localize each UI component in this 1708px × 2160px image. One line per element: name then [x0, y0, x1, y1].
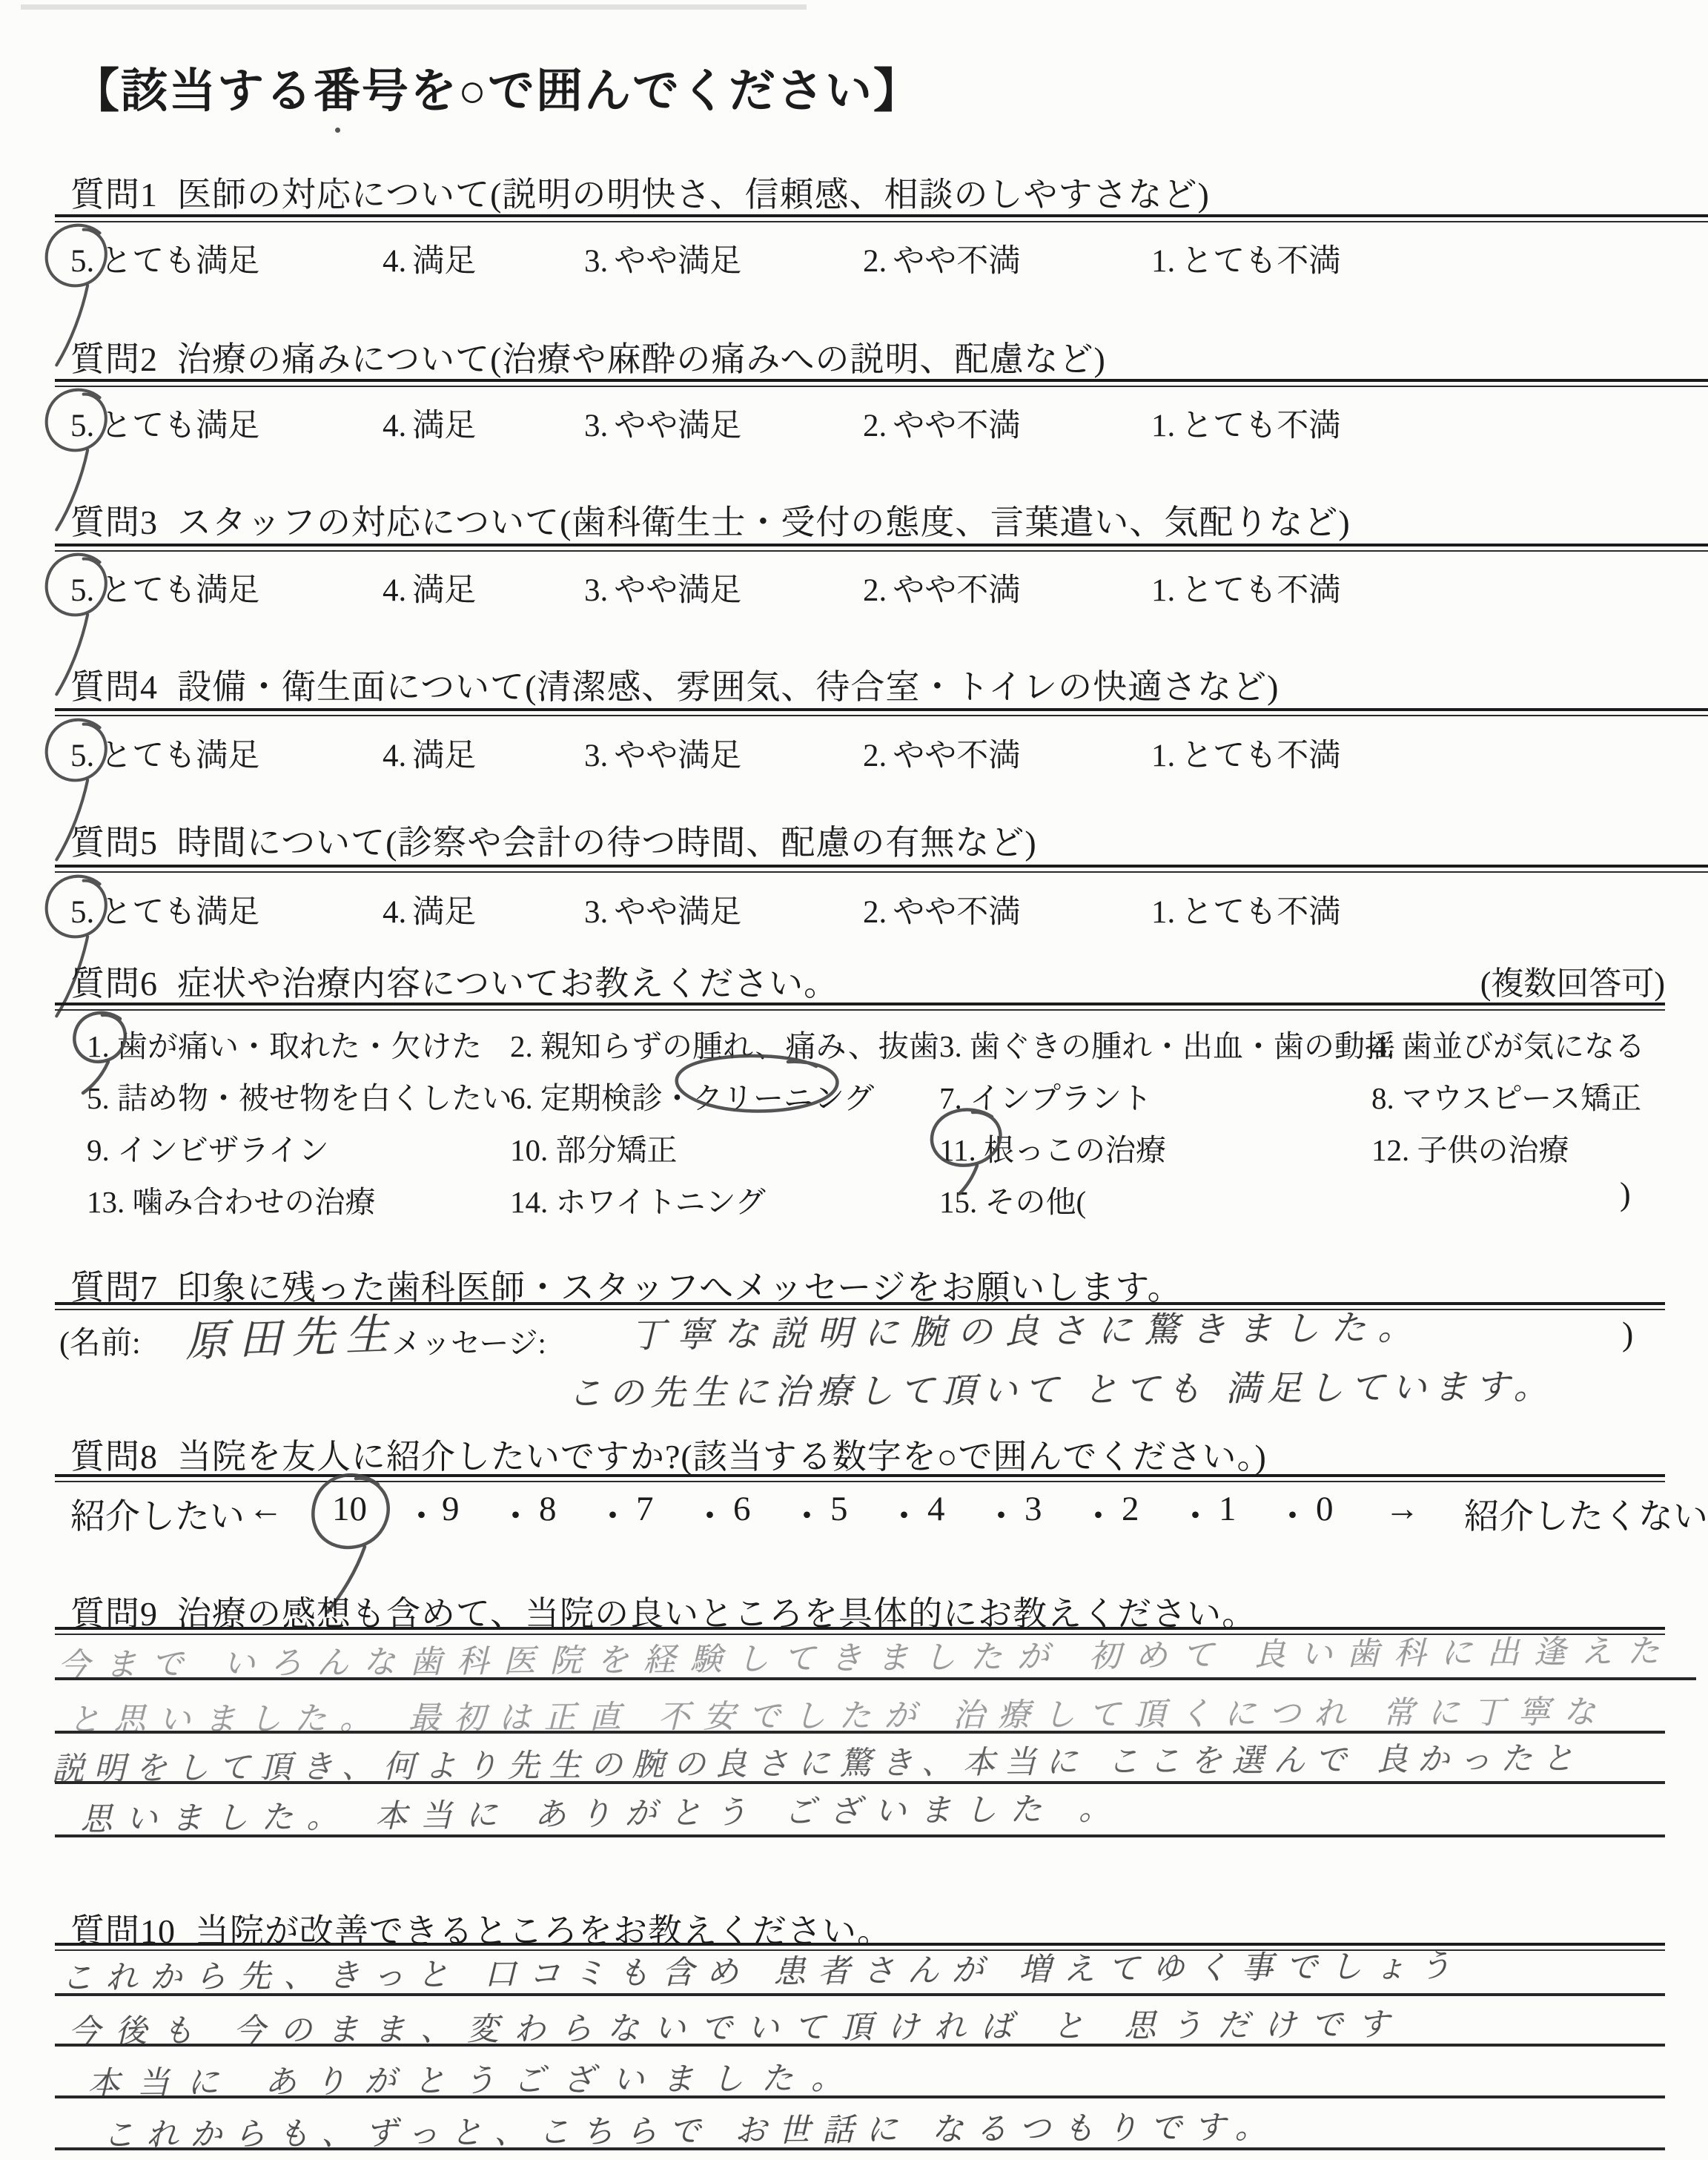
question-3-title: スタッフの対応について(歯科衛生士・受付の態度、言葉遣い、気配りなど): [177, 503, 1351, 541]
q6-item-13[interactable]: 13. 噛み合わせの治療: [87, 1178, 376, 1221]
q8-separator: ・: [887, 1489, 921, 1539]
divider: [55, 1003, 1665, 1011]
q5-option-1[interactable]: 1.とても不満: [1151, 887, 1340, 932]
divider: [55, 708, 1708, 716]
question-5-heading: 質問5時間について(診察や会計の待つ時間、配慮の有無など): [70, 816, 1037, 865]
page-title: 【該当する番号を○で囲んでください】: [73, 53, 921, 121]
q7-close-paren: ): [1622, 1314, 1633, 1353]
question-5-label: 質問5: [70, 824, 158, 862]
q3-option-2[interactable]: 2.やや不満: [863, 565, 1020, 610]
q4-option-3[interactable]: 3.やや満足: [584, 730, 741, 776]
q8-left-arrow: ←: [248, 1489, 283, 1529]
q8-separator: ・: [1178, 1489, 1213, 1539]
question-2-label: 質問2: [70, 340, 158, 378]
q9-answer-line-4[interactable]: 思いました。 本当に ありがとう ございました 。: [80, 1783, 1124, 1840]
q8-number-0[interactable]: 0: [1316, 1489, 1334, 1529]
q1-option-2[interactable]: 2.やや不満: [863, 236, 1020, 281]
q4-option-1[interactable]: 1.とても不満: [1151, 730, 1340, 776]
answer-underline: [55, 2147, 1665, 2150]
q8-separator: ・: [1275, 1489, 1310, 1539]
question-1-title: 医師の対応について(説明の明快さ、信頼感、相談のしやすさなど): [177, 176, 1210, 214]
q2-option-4[interactable]: 4.満足: [383, 400, 476, 446]
q6-item-11[interactable]: 11. 根っこの治療: [939, 1126, 1166, 1169]
question-6-label: 質問6: [70, 965, 158, 1003]
q3-option-3[interactable]: 3.やや満足: [584, 565, 741, 610]
q1-option-5[interactable]: 5.とても満足: [70, 236, 259, 281]
divider: [55, 379, 1708, 387]
q6-item-8[interactable]: 8. マウスピース矯正: [1371, 1074, 1641, 1117]
question-1-heading: 質問1医師の対応について(説明の明快さ、信頼感、相談のしやすさなど): [70, 168, 1210, 217]
question-7-label: 質問7: [70, 1269, 158, 1307]
q5-option-4[interactable]: 4.満足: [383, 887, 476, 932]
divider: [55, 544, 1708, 552]
q2-option-2[interactable]: 2.やや不満: [863, 400, 1020, 446]
q8-left-label: 紹介したい: [70, 1489, 245, 1539]
q6-item-6[interactable]: 6. 定期検診・クリーニング: [510, 1074, 874, 1117]
scan-dot: [335, 128, 340, 133]
q1-option-3[interactable]: 3.やや満足: [584, 236, 741, 281]
q8-number-1[interactable]: 1: [1219, 1489, 1237, 1529]
q8-number-5[interactable]: 5: [830, 1489, 848, 1529]
q3-option-1[interactable]: 1.とても不満: [1151, 565, 1340, 610]
question-5-title: 時間について(診察や会計の待つ時間、配慮の有無など): [177, 824, 1037, 862]
q7-message-line2[interactable]: この先生に治療して頂いて とても 満足しています。: [567, 1359, 1555, 1416]
survey-page: 【該当する番号を○で囲んでください】 質問1医師の対応について(説明の明快さ、信…: [0, 0, 1708, 2160]
q8-number-4[interactable]: 4: [927, 1489, 945, 1529]
question-1-label: 質問1: [70, 176, 158, 214]
q1-option-1[interactable]: 1.とても不満: [1151, 236, 1340, 281]
q5-option-3[interactable]: 3.やや満足: [584, 887, 741, 932]
question-2-title: 治療の痛みについて(治療や麻酔の痛みへの説明、配慮など): [177, 340, 1106, 378]
answer-underline: [55, 1781, 1665, 1784]
question-8-title: 当院を友人に紹介したいですか?(該当する数字を○で囲んでください。): [177, 1438, 1267, 1476]
q8-separator: ・: [404, 1489, 439, 1539]
question-3-label: 質問3: [70, 503, 158, 541]
answer-underline: [55, 2095, 1665, 2098]
divider: [55, 214, 1708, 222]
q8-number-8[interactable]: 8: [539, 1489, 557, 1529]
q6-item-4[interactable]: 4. 歯並びが気になる: [1371, 1022, 1645, 1066]
q8-number-3[interactable]: 3: [1025, 1489, 1042, 1529]
scan-artifact: [21, 4, 807, 10]
q5-option-5[interactable]: 5.とても満足: [70, 887, 259, 932]
q4-option-4[interactable]: 4.満足: [383, 730, 476, 776]
answer-underline: [55, 1834, 1665, 1837]
q8-number-9[interactable]: 9: [442, 1489, 460, 1529]
question-2-options: 5.とても満足 4.満足 3.やや満足 2.やや不満 1.とても不満: [0, 400, 1708, 448]
q8-separator: ・: [498, 1489, 533, 1539]
q4-option-2[interactable]: 2.やや不満: [863, 730, 1020, 776]
question-5-options: 5.とても満足 4.満足 3.やや満足 2.やや不満 1.とても不満: [0, 887, 1708, 934]
q7-name-value[interactable]: 原田先生: [184, 1299, 400, 1369]
q6-other-close-paren: ): [1620, 1175, 1631, 1213]
q8-number-10[interactable]: 10: [332, 1489, 367, 1529]
q1-option-4[interactable]: 4.満足: [383, 236, 476, 281]
q6-item-2[interactable]: 2. 親知らずの腫れ、痛み、抜歯: [510, 1022, 939, 1066]
q6-item-1[interactable]: 1. 歯が痛い・取れた・欠けた: [87, 1022, 482, 1066]
q7-message-label: メッセージ:: [391, 1320, 546, 1362]
question-6-heading: 質問6症状や治療内容についてお教えください。: [70, 957, 838, 1005]
question-2-heading: 質問2治療の痛みについて(治療や麻酔の痛みへの説明、配慮など): [70, 332, 1106, 381]
q6-item-5[interactable]: 5. 詰め物・被せ物を白くしたい: [87, 1074, 512, 1117]
q6-item-10[interactable]: 10. 部分矯正: [510, 1126, 678, 1169]
q2-option-3[interactable]: 3.やや満足: [584, 400, 741, 446]
answer-underline: [55, 1993, 1665, 1996]
question-8-label: 質問8: [70, 1438, 158, 1476]
q8-nps-row: 紹介したい ← 10 ・ 9 ・ 8 ・ 7 ・ 6 ・ 5 ・ 4 ・ 3 ・…: [0, 1489, 1708, 1541]
divider: [55, 1474, 1665, 1482]
q2-option-5[interactable]: 5.とても満足: [70, 400, 259, 446]
q2-option-1[interactable]: 1.とても不満: [1151, 400, 1340, 446]
question-1-options: 5.とても満足 4.満足 3.やや満足 2.やや不満 1.とても不満: [0, 236, 1708, 283]
question-4-heading: 質問4設備・衛生面について(清潔感、雰囲気、待合室・トイレの快適さなど): [70, 660, 1279, 709]
question-6-note: (複数回答可): [1480, 957, 1665, 1004]
question-6-title: 症状や治療内容についてお教えください。: [177, 965, 838, 1003]
q8-number-6[interactable]: 6: [733, 1489, 751, 1529]
answer-underline: [55, 1731, 1665, 1734]
answer-underline: [55, 2044, 1665, 2047]
q8-separator: ・: [790, 1489, 824, 1539]
q5-option-2[interactable]: 2.やや不満: [863, 887, 1020, 932]
q3-option-5[interactable]: 5.とても満足: [70, 565, 259, 610]
divider: [55, 865, 1708, 873]
q8-right-label: 紹介したくない: [1464, 1489, 1708, 1539]
q8-separator: ・: [984, 1489, 1019, 1539]
question-8-heading: 質問8当院を友人に紹介したいですか?(該当する数字を○で囲んでください。): [70, 1430, 1267, 1479]
q7-message-line1[interactable]: 丁寧な説明に腕の良さに驚きました。: [630, 1300, 1425, 1358]
q7-name-label: (名前:: [59, 1318, 141, 1363]
question-4-label: 質問4: [70, 668, 158, 706]
q6-item-9[interactable]: 9. インビザライン: [87, 1126, 329, 1169]
question-3-heading: 質問3スタッフの対応について(歯科衛生士・受付の態度、言葉遣い、気配りなど): [70, 495, 1351, 544]
q8-number-7[interactable]: 7: [636, 1489, 654, 1529]
q8-right-arrow: →: [1385, 1489, 1420, 1529]
question-4-title: 設備・衛生面について(清潔感、雰囲気、待合室・トイレの快適さなど): [177, 668, 1279, 706]
q3-option-4[interactable]: 4.満足: [383, 565, 476, 610]
q6-item-3[interactable]: 3. 歯ぐきの腫れ・出血・歯の動揺: [939, 1022, 1395, 1066]
q8-number-2[interactable]: 2: [1122, 1489, 1139, 1529]
question-3-options: 5.とても満足 4.満足 3.やや満足 2.やや不満 1.とても不満: [0, 565, 1708, 612]
q6-item-12[interactable]: 12. 子供の治療: [1371, 1126, 1569, 1169]
question-4-options: 5.とても満足 4.満足 3.やや満足 2.やや不満 1.とても不満: [0, 730, 1708, 778]
q6-item-7[interactable]: 7. インプラント: [939, 1074, 1152, 1117]
q6-item-15[interactable]: 15. その他(: [939, 1178, 1086, 1221]
q8-separator: ・: [595, 1489, 630, 1539]
q4-option-5[interactable]: 5.とても満足: [70, 730, 259, 776]
q6-item-14[interactable]: 14. ホワイトニング: [510, 1178, 766, 1221]
q8-separator: ・: [692, 1489, 727, 1539]
answer-underline: [55, 1677, 1696, 1680]
q8-separator: ・: [1081, 1489, 1116, 1539]
